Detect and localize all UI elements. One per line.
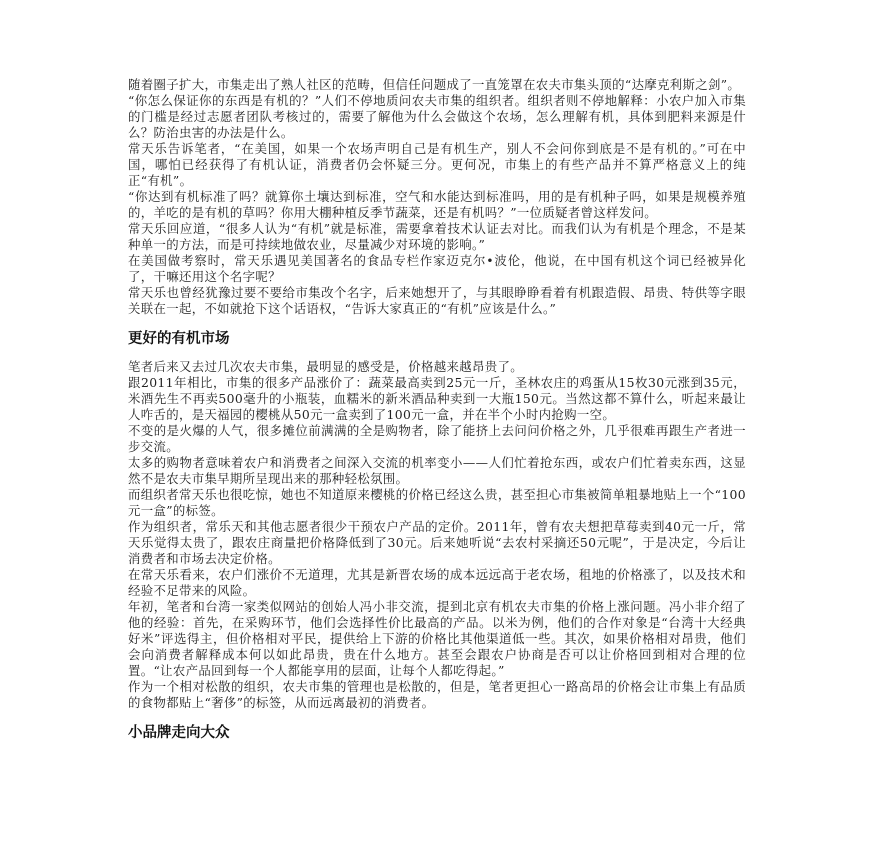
paragraph: 常天乐告诉笔者，“在美国，如果一个农场声明自己是有机生产，别人不会问你到底是不是… [128, 141, 746, 189]
paragraph: 作为组织者，常乐天和其他志愿者很少干预农户产品的定价。2011年，曾有农夫想把草… [128, 519, 746, 567]
section-heading-small-brands: 小品牌走向大众 [128, 723, 746, 743]
paragraph: 随着圈子扩大，市集走出了熟人社区的范畴，但信任问题成了一直笼罩在农夫市集头顶的“… [128, 77, 746, 93]
paragraph: “你达到有机标准了吗？就算你土壤达到标准，空气和水能达到标准吗，用的是有机种子吗… [128, 189, 746, 221]
paragraph: 不变的是火爆的人气，很多摊位前满满的全是购物者，除了能挤上去问问价格之外，几乎很… [128, 423, 746, 455]
paragraph: 常天乐也曾经犹豫过要不要给市集改个名字，后来她想开了，与其眼睁睁看着有机跟造假、… [128, 285, 746, 317]
paragraph: 而组织者常天乐也很吃惊，她也不知道原来樱桃的价格已经这么贵，甚至担心市集被简单粗… [128, 487, 746, 519]
paragraph: 笔者后来又去过几次农夫市集，最明显的感受是，价格越来越昂贵了。 [128, 359, 746, 375]
paragraph: 在美国做考察时，常天乐遇见美国著名的食品专栏作家迈克尔•波伦，他说，在中国有机这… [128, 253, 746, 285]
paragraph: 作为一个相对松散的组织，农夫市集的管理也是松散的，但是，笔者更担心一路高昂的价格… [128, 679, 746, 711]
section-heading-better-market: 更好的有机市场 [128, 329, 746, 349]
section-intro: 随着圈子扩大，市集走出了熟人社区的范畴，但信任问题成了一直笼罩在农夫市集头顶的“… [128, 77, 746, 317]
paragraph: 太多的购物者意味着农户和消费者之间深入交流的机率变小——人们忙着抢东西，或农户们… [128, 455, 746, 487]
document-page: 随着圈子扩大，市集走出了熟人社区的范畴，但信任问题成了一直笼罩在农夫市集头顶的“… [128, 77, 746, 743]
section-better-market: 笔者后来又去过几次农夫市集，最明显的感受是，价格越来越昂贵了。 跟2011年相比… [128, 359, 746, 711]
paragraph: 跟2011年相比，市集的很多产品涨价了：蔬菜最高卖到25元一斤，圣林农庄的鸡蛋从… [128, 375, 746, 423]
paragraph: 年初，笔者和台湾一家类似网站的创始人冯小非交流，提到北京有机农夫市集的价格上涨问… [128, 599, 746, 679]
paragraph: “你怎么保证你的东西是有机的？”人们不停地质问农夫市集的组织者。组织者则不停地解… [128, 93, 746, 141]
paragraph: 常天乐回应道，“很多人认为“有机”就是标准，需要拿着技术认证去对比。而我们认为有… [128, 221, 746, 253]
paragraph: 在常天乐看来，农户们涨价不无道理，尤其是新晋农场的成本远远高于老农场，租地的价格… [128, 567, 746, 599]
